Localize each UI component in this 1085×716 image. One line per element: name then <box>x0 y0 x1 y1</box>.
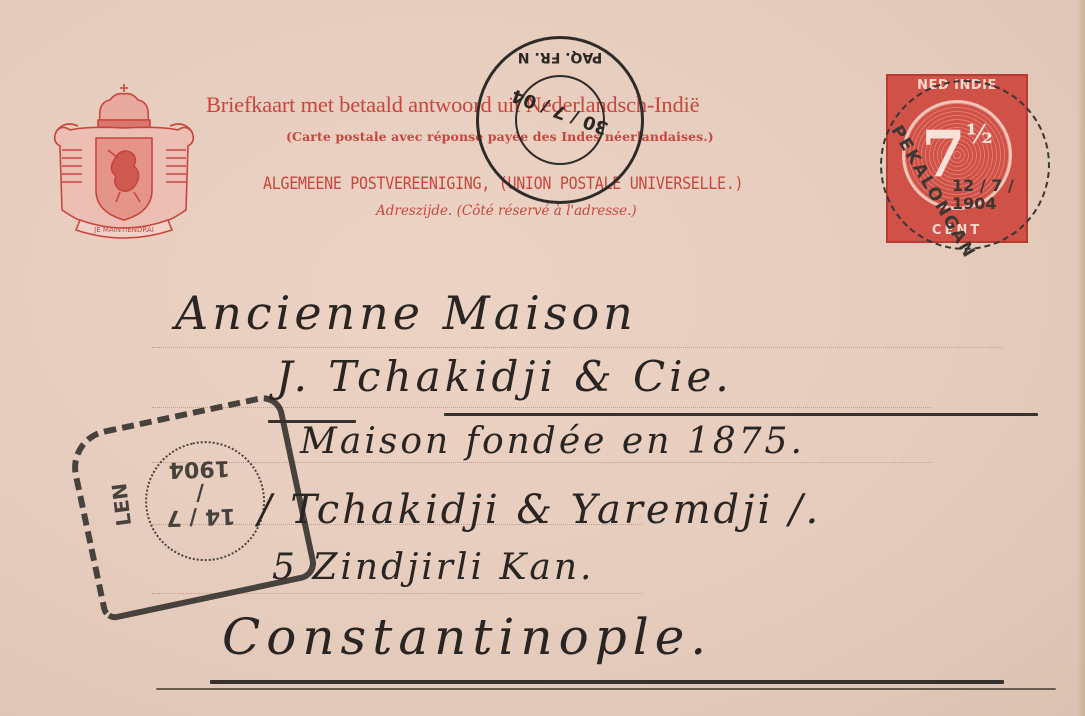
address-side-label: Adreszijde. (Côté réservé à l'adresse.) <box>376 203 637 219</box>
postmark-origin: PEKALONGAN 12 / 7 / 1904 <box>880 80 1050 250</box>
address-line-4: / Tchakidji & Yaremdji /. <box>258 487 821 533</box>
address-guide-line <box>152 347 1002 348</box>
address-underline <box>444 413 1038 416</box>
address-underline <box>210 680 1004 684</box>
address-line-5: 5 Zindjirli Kan. <box>272 547 594 588</box>
postmark-arrival-date: 14 / 7 / 1904 <box>164 455 236 529</box>
postmark-arrival-text: LEN <box>107 482 136 528</box>
coat-of-arms-icon: JE MAINTIENDRAI <box>50 80 198 252</box>
address-underline <box>156 688 1056 690</box>
postmark-origin-date: 12 / 7 / 1904 <box>952 177 1048 213</box>
postmark-transit-text: PAQ. FR. N <box>479 49 641 65</box>
motto-text: JE MAINTIENDRAI <box>93 226 154 234</box>
address-line-6: Constantinople. <box>222 608 712 666</box>
address-line-2: J. Tchakidji & Cie. <box>276 352 733 401</box>
postcard: JE MAINTIENDRAI Briefkaart met betaald a… <box>0 0 1085 716</box>
address-line-3: Maison fondée en 1875. <box>300 421 805 462</box>
address-line-1: Ancienne Maison <box>175 286 637 340</box>
postmark-transit: PAQ. FR. N 30 / 7 / 04 <box>476 36 644 204</box>
